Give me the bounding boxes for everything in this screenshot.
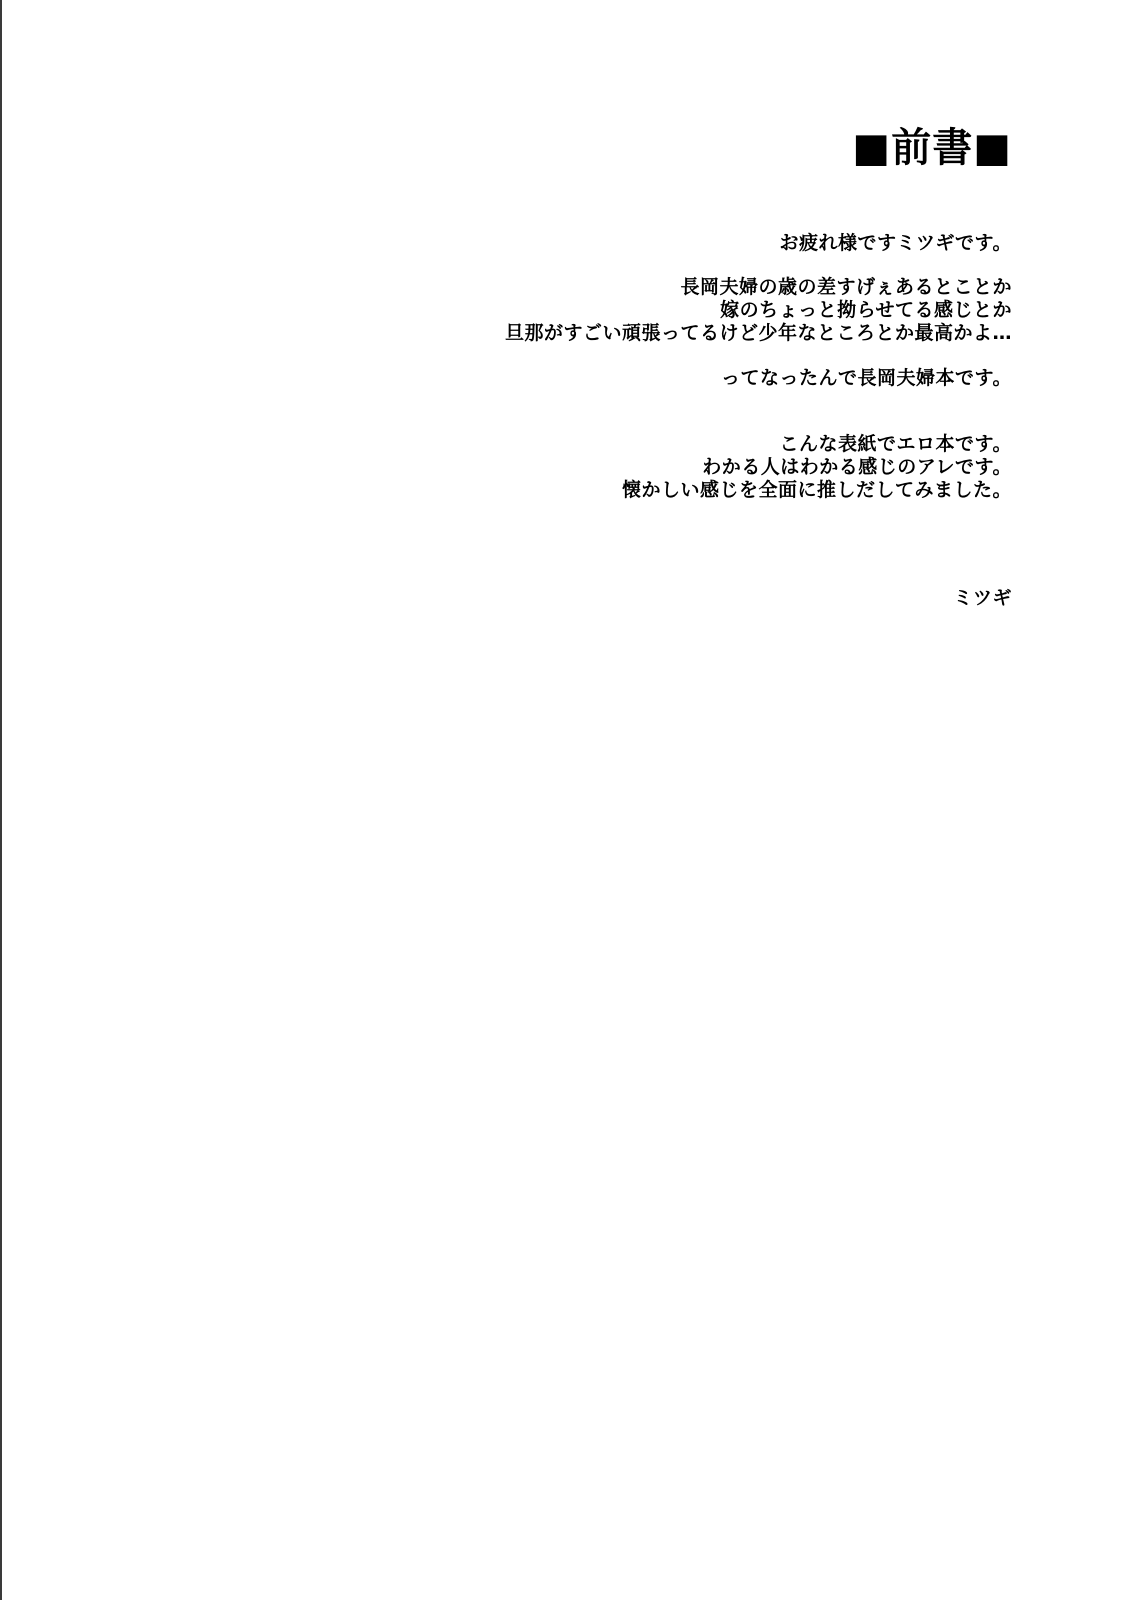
paragraph-conclusion: ってなったんで長岡夫婦本です。 (721, 367, 1012, 390)
text-line: お疲れ様ですミツギです。 (780, 232, 1012, 255)
text-line: ってなったんで長岡夫婦本です。 (721, 367, 1012, 390)
text-line: こんな表紙でエロ本です。 (622, 433, 1012, 456)
text-line: わかる人はわかる感じのアレです。 (622, 456, 1012, 479)
paragraph-greeting: お疲れ様ですミツギです。 (780, 232, 1012, 255)
text-line: 旦那がすごい頑張ってるけど少年なところとか最高かよ… (505, 322, 1012, 345)
text-line: 嫁のちょっと拗らせてる感じとか (505, 299, 1012, 322)
paragraph-reasons: 長岡夫婦の歳の差すげぇあるとことか 嫁のちょっと拗らせてる感じとか 旦那がすごい… (505, 276, 1012, 345)
text-line: 懐かしい感じを全面に推しだしてみました。 (622, 479, 1012, 502)
author-signature: ミツギ (953, 587, 1012, 610)
page-title: ■前書■ (852, 124, 1012, 172)
page-left-border (0, 0, 2, 1600)
text-line: 長岡夫婦の歳の差すげぇあるとことか (505, 276, 1012, 299)
paragraph-cover-note: こんな表紙でエロ本です。 わかる人はわかる感じのアレです。 懐かしい感じを全面に… (622, 433, 1012, 502)
